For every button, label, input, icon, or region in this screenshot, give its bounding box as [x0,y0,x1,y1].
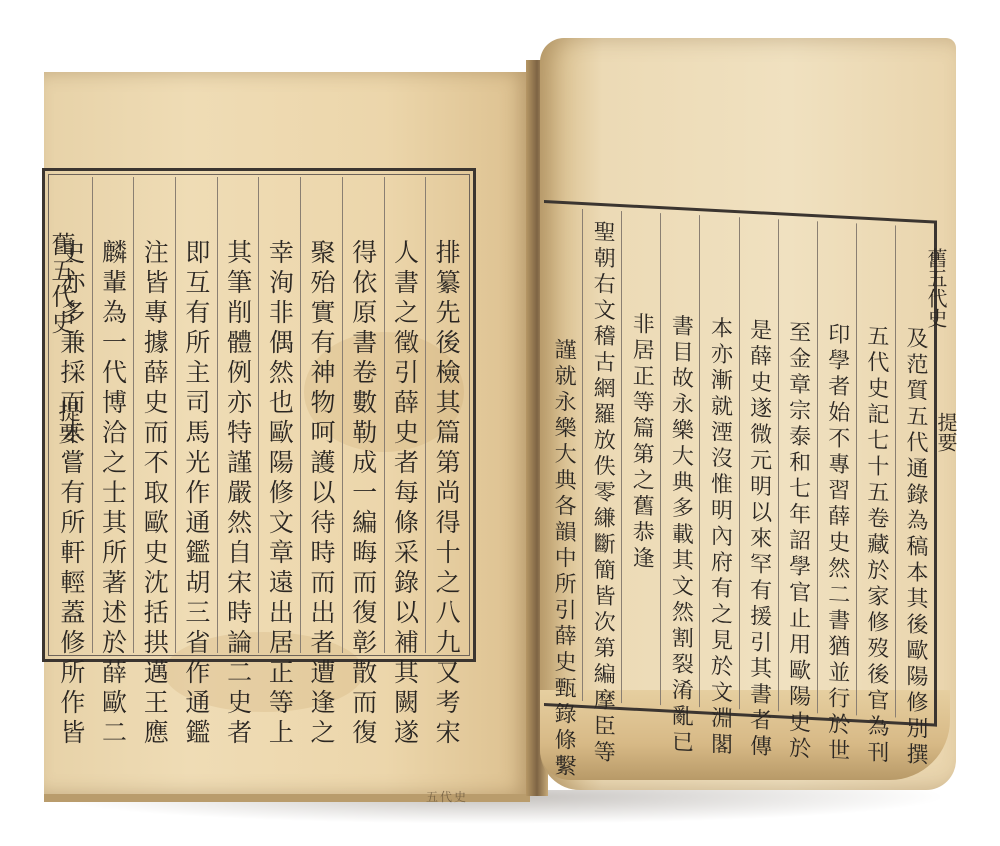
text-column: 聚殆實有神物呵護以待時而出者遭逢之 [300,177,342,653]
column-text: 五代史記七十五卷藏於家修歿後官為刊 [865,224,887,717]
section-title-margin-right: 提要 [932,412,961,452]
text-column: 其筆削體例亦特謹嚴然自宋時論二史者 [217,177,259,653]
text-column: 幸洵非偶然也歐陽修文章遠出居正等上 [258,177,300,653]
column-text: 是薛史遂微元明以來罕有援引其書者傳 [748,218,770,711]
column-text: 聚殆實有神物呵護以待時而出者遭逢之 [309,177,334,653]
column-text: 排纂先後檢其篇第尚得十之八九又考宋 [434,177,459,653]
text-column: 人書之徵引薛史者每條采錄以補其闕遂 [384,177,426,653]
column-text: 至金章宗泰和七年詔學官止用歐陽史於 [787,220,809,713]
text-column: 五代史記七十五卷藏於家修歿後官為刊 [856,223,895,717]
column-text: 得依原書卷數勒成一編晦而復彰散而復 [351,177,376,653]
text-column: 謹就永樂大典各韻中所引薛史甄錄條繫 [544,207,582,701]
column-text: 幸洵非偶然也歐陽修文章遠出居正等上 [267,177,292,653]
text-column: 史亦多兼採而未嘗有所軒輕蓋修所作皆 [51,177,92,653]
column-text: 注皆專據薛史而不取歐史沈括拱邁王應 [142,177,167,653]
text-column: 本亦漸就湮沒惟明內府有之見於文淵閣 [699,215,738,709]
text-column: 非居正等篇第之舊恭逢 [621,211,660,705]
column-text: 即互有所主司馬光作通鑑胡三省作通鑑 [184,177,209,653]
column-text: 麟輩為一代博洽之士其所著述於薛歐二 [101,177,126,653]
text-column: 聖朝右文稽古網羅放佚零縑斷簡皆次第編摩臣等 [582,209,621,703]
text-column: 至金章宗泰和七年詔學官止用歐陽史於 [778,219,817,713]
column-text: 人書之徵引薛史者每條采錄以補其闕遂 [392,177,417,653]
column-text: 史亦多兼採而未嘗有所軒輕蓋修所作皆 [59,177,84,653]
column-text: 本亦漸就湮沒惟明內府有之見於文淵閣 [708,216,730,709]
book-title-margin-right: 舊五代史 [922,248,951,328]
text-column: 注皆專據薛史而不取歐史沈括拱邁王應 [133,177,175,653]
column-text: 謹就永樂大典各韻中所引薛史甄錄條繫 [552,207,574,700]
column-text: 非居正等篇第之舊恭逢 [630,212,652,705]
text-column: 印學者始不專習薛史然二書猶並行於世 [817,221,856,715]
text-column: 即互有所主司馬光作通鑑胡三省作通鑑 [175,177,217,653]
right-text-frame: 及范質五代通錄為稿本其後歐陽修別撰 五代史記七十五卷藏於家修歿後官為刊 印學者始… [544,200,937,727]
column-text: 印學者始不專習薛史然二書猶並行於世 [826,222,848,715]
column-text: 書目故永樂大典多載其文然割裂淆亂已 [669,214,691,707]
book-photo: 舊五代史 提要 一 排纂先後檢其篇第尚得十之八九又考宋 人書之徵引薛史者每條采錄… [0,0,1000,846]
fore-edge-label: 五代史 [426,788,468,805]
right-columns: 及范質五代通錄為稿本其後歐陽修別撰 五代史記七十五卷藏於家修歿後官為刊 印學者始… [544,207,934,719]
text-column: 排纂先後檢其篇第尚得十之八九又考宋 [425,177,467,653]
column-text: 其筆削體例亦特謹嚴然自宋時論二史者 [226,177,251,653]
left-text-frame: 排纂先後檢其篇第尚得十之八九又考宋 人書之徵引薛史者每條采錄以補其闕遂 得依原書… [42,168,476,662]
left-columns: 排纂先後檢其篇第尚得十之八九又考宋 人書之徵引薛史者每條采錄以補其闕遂 得依原書… [51,177,467,653]
text-column: 麟輩為一代博洽之士其所著述於薛歐二 [92,177,134,653]
column-text: 聖朝右文稽古網羅放佚零縑斷簡皆次第編摩臣等 [591,209,613,702]
text-column: 得依原書卷數勒成一編晦而復彰散而復 [342,177,384,653]
text-column: 是薛史遂微元明以來罕有援引其書者傳 [739,217,778,711]
text-column: 書目故永樂大典多載其文然割裂淆亂已 [660,213,699,707]
